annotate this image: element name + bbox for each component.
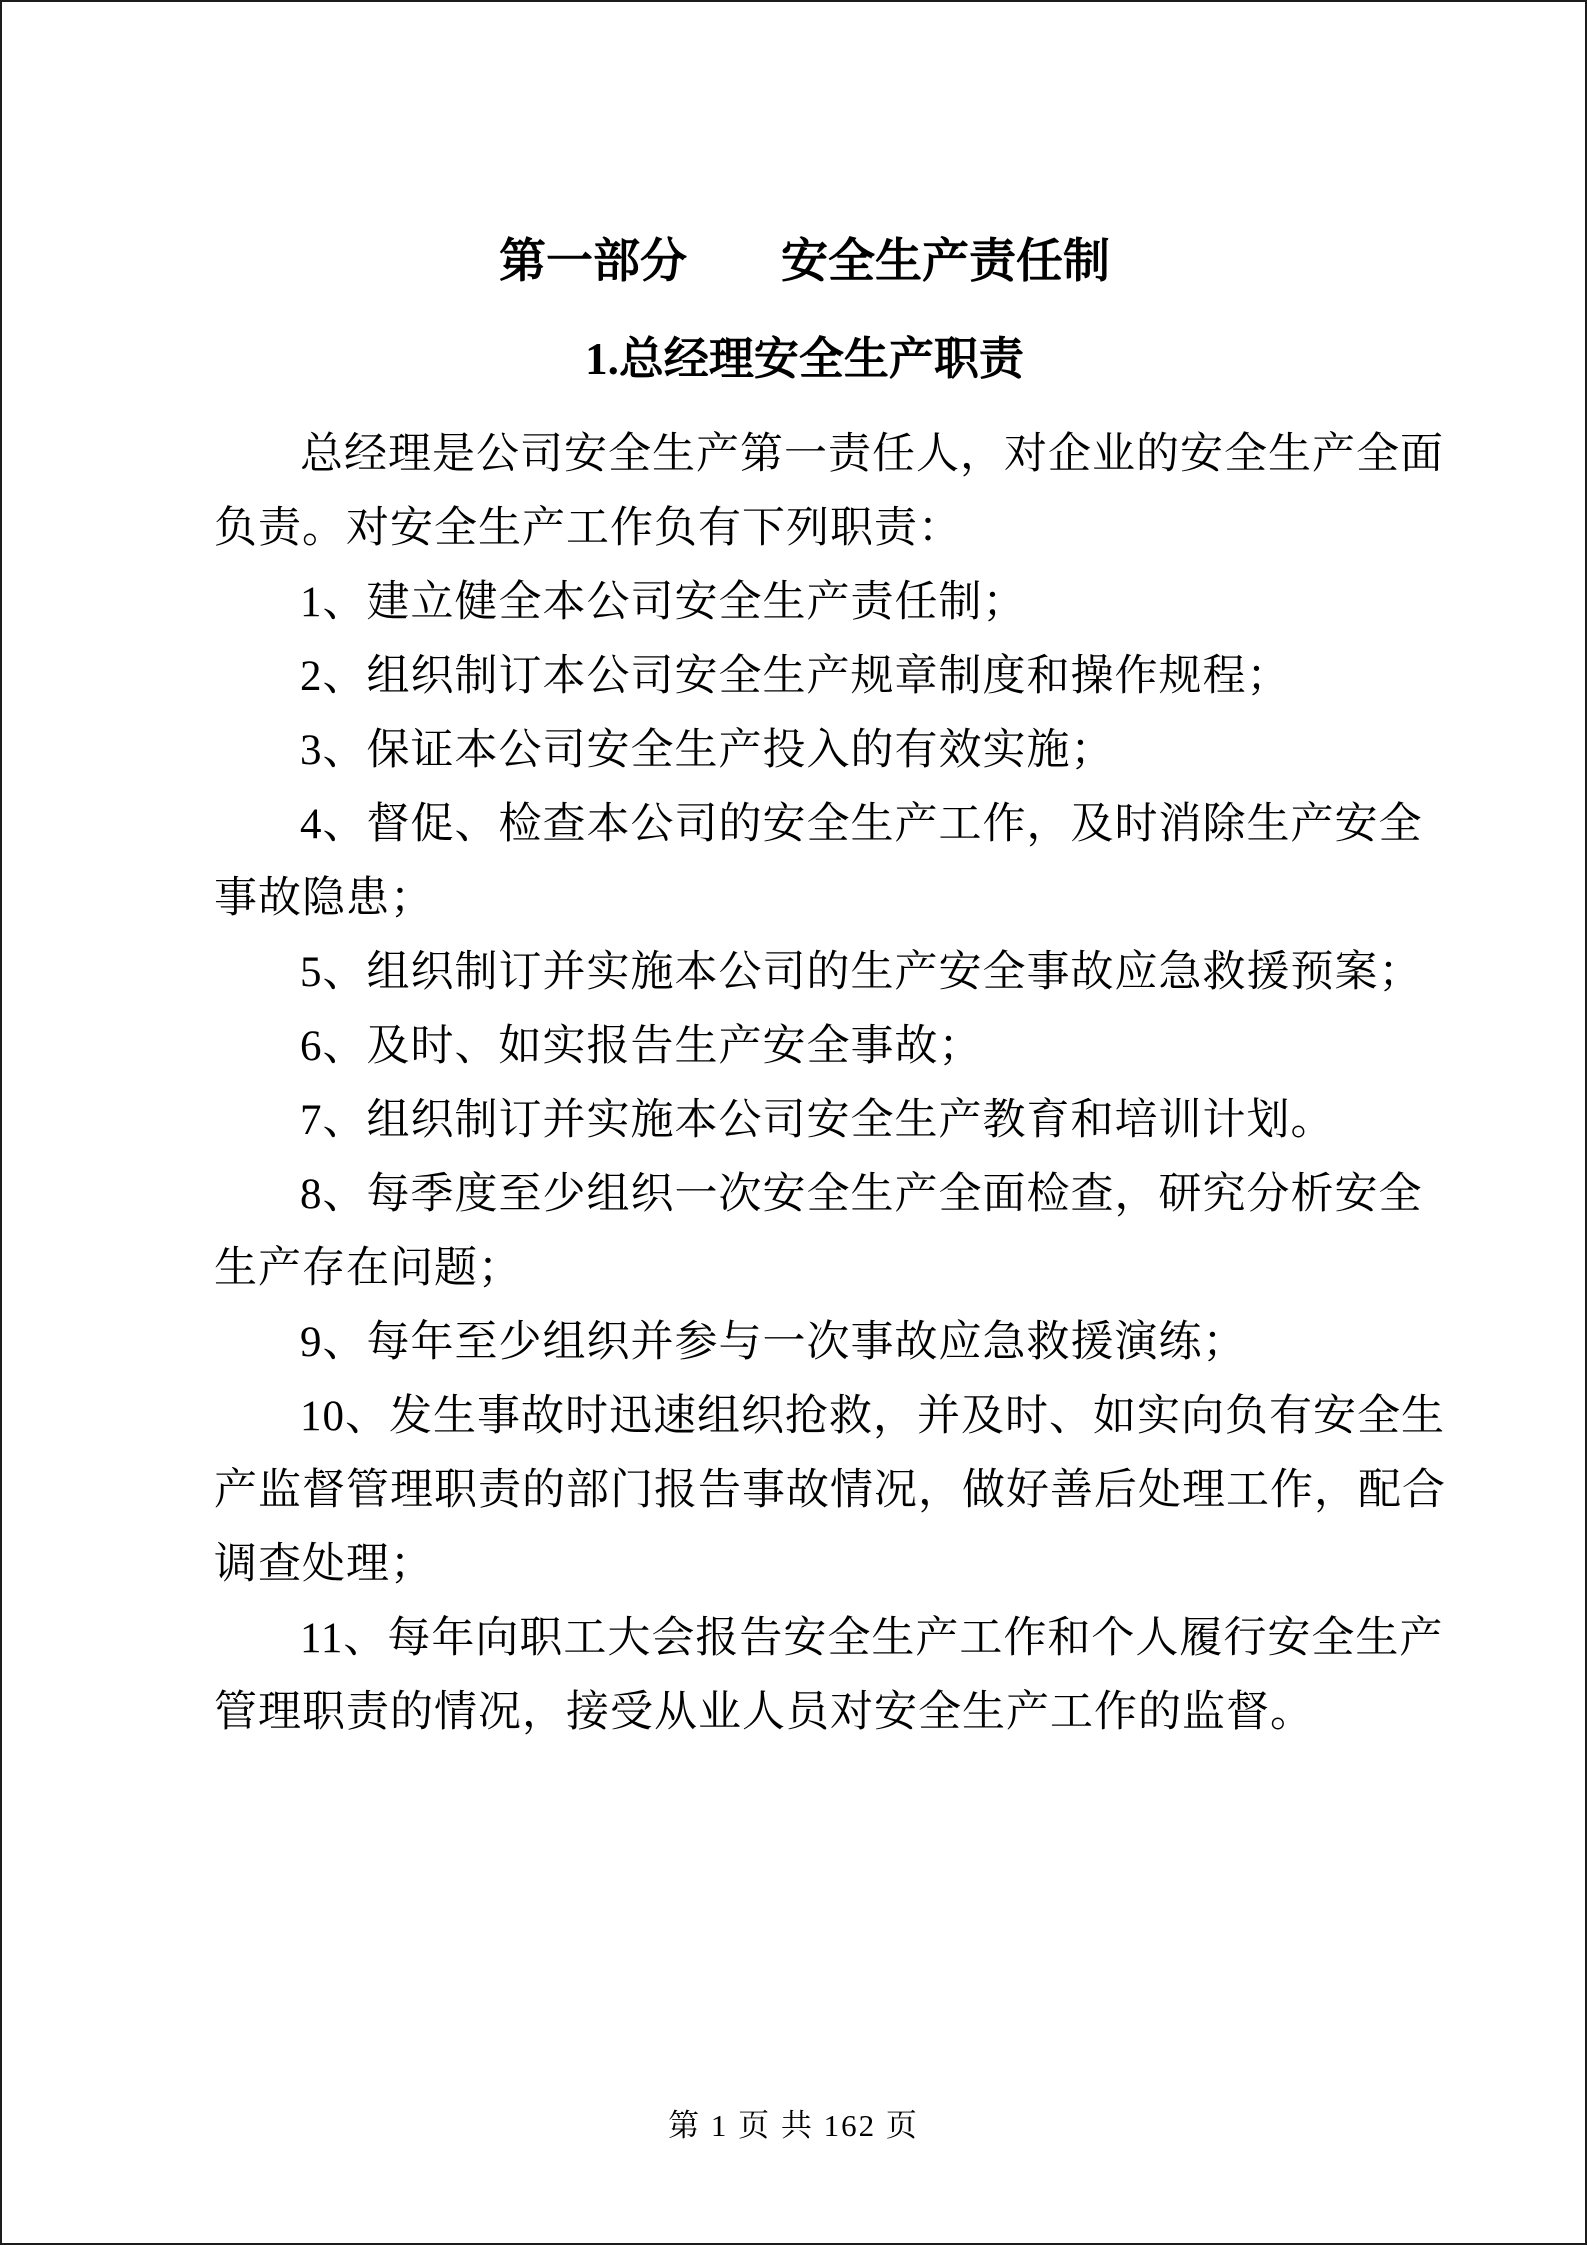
page-title: 第一部分 安全生产责任制 xyxy=(214,225,1395,299)
body-line: 8、每季度至少组织一次安全生产全面检查，研究分析安全 xyxy=(214,1158,1395,1232)
page-number: 第 1 页 共 162 页 xyxy=(668,2108,919,2143)
body-line: 2、组织制订本公司安全生产规章制度和操作规程； xyxy=(214,640,1395,714)
body-line: 6、及时、如实报告生产安全事故； xyxy=(214,1010,1395,1084)
body-line: 管理职责的情况，接受从业人员对安全生产工作的监督。 xyxy=(214,1676,1395,1750)
body-line: 4、督促、检查本公司的安全生产工作，及时消除生产安全 xyxy=(214,788,1395,862)
body-line: 总经理是公司安全生产第一责任人，对企业的安全生产全面 xyxy=(214,418,1395,492)
body-line: 生产存在问题； xyxy=(214,1232,1395,1306)
body-line: 事故隐患； xyxy=(214,862,1395,936)
body-line: 1、建立健全本公司安全生产责任制； xyxy=(214,566,1395,640)
body-line: 7、组织制订并实施本公司安全生产教育和培训计划。 xyxy=(214,1084,1395,1158)
body-line: 9、每年至少组织并参与一次事故应急救援演练； xyxy=(214,1306,1395,1380)
section-title: 1.总经理安全生产职责 xyxy=(214,322,1395,396)
document-body: 总经理是公司安全生产第一责任人，对企业的安全生产全面负责。对安全生产工作负有下列… xyxy=(214,418,1395,1750)
body-line: 5、组织制订并实施本公司的生产安全事故应急救援预案； xyxy=(214,936,1395,1010)
body-line: 10、发生事故时迅速组织抢救，并及时、如实向负有安全生 xyxy=(214,1380,1395,1454)
document-page: 第一部分 安全生产责任制 1.总经理安全生产职责 总经理是公司安全生产第一责任人… xyxy=(0,0,1587,2245)
page-footer: 第 1 页 共 162 页 xyxy=(2,2108,1585,2144)
body-line: 调查处理； xyxy=(214,1528,1395,1602)
body-line: 3、保证本公司安全生产投入的有效实施； xyxy=(214,714,1395,788)
body-line: 负责。对安全生产工作负有下列职责： xyxy=(214,492,1395,566)
body-line: 产监督管理职责的部门报告事故情况，做好善后处理工作，配合 xyxy=(214,1454,1395,1528)
body-line: 11、每年向职工大会报告安全生产工作和个人履行安全生产 xyxy=(214,1602,1395,1676)
